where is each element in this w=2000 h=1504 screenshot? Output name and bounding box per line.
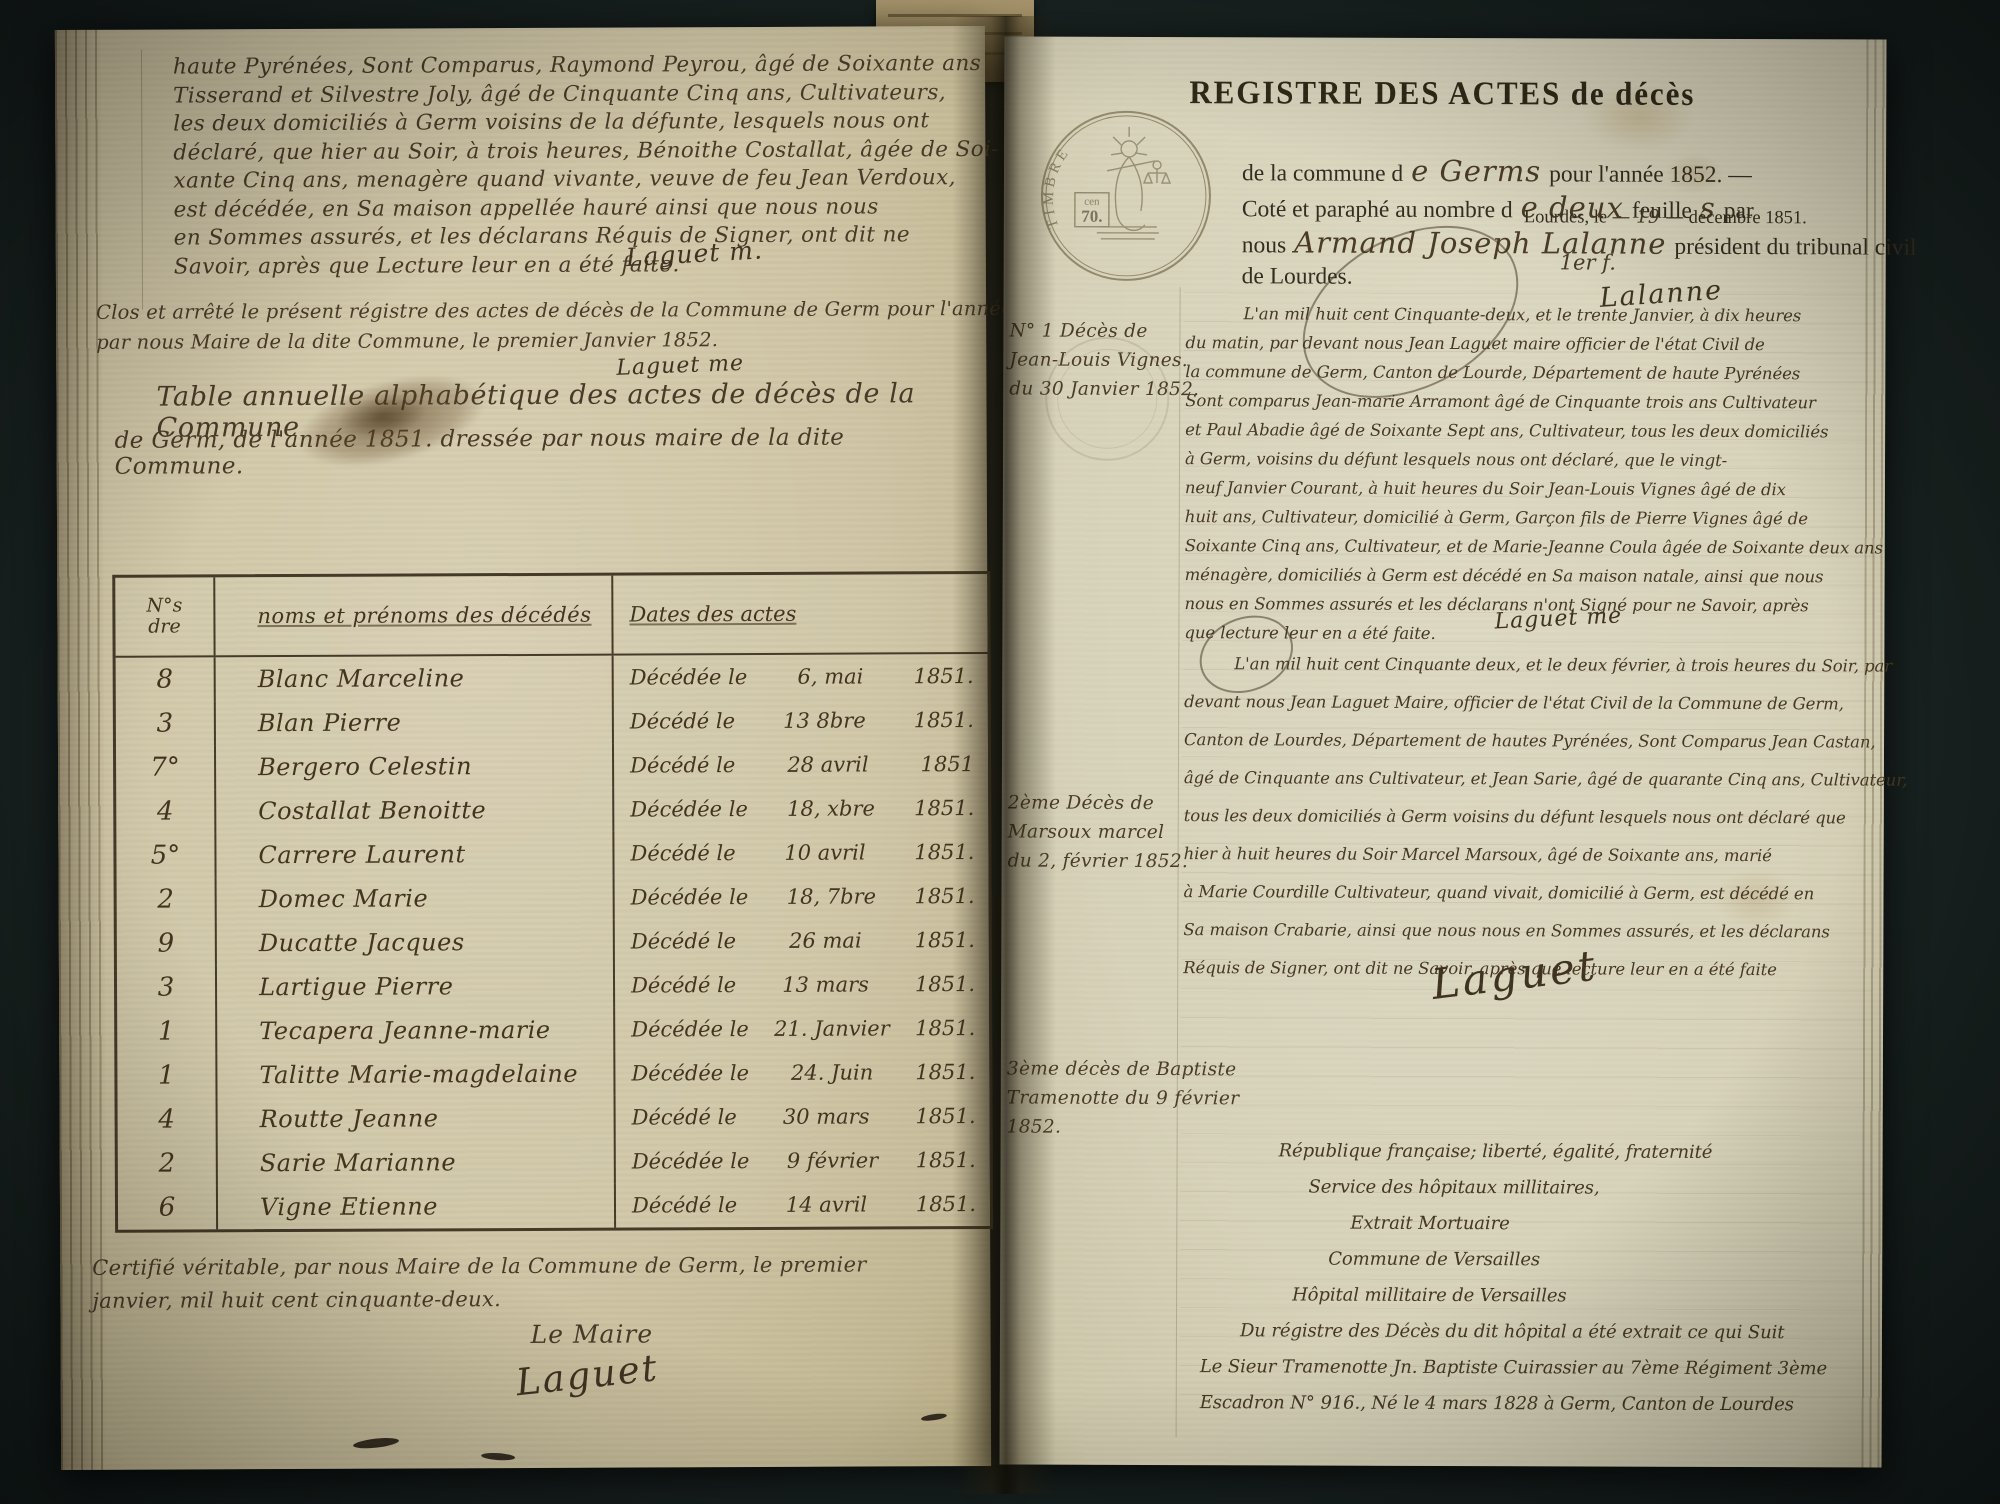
mayor-role-label: Le Maire [530,1319,653,1349]
date-part: Décédée le [632,1149,750,1174]
margin-note-act1: N° 1 Décès deJean-Louis Vignes.du 30 Jan… [1009,316,1179,404]
cell-order-number: 2 [117,877,217,921]
text-line: Le Sieur Tramenotte Jn. Baptiste Cuirass… [1200,1349,1894,1387]
date-month-label: décembre 1851. [1689,208,1807,228]
table-row: 4Costallat BenoitteDécédée le18, xbre185… [116,786,988,834]
right-page: TIMBRE cen 70. [1000,36,1887,1467]
table-row: 3Lartigue PierreDécédé le13 mars1851. [117,962,989,1010]
calligraphic-flourish [1188,602,1305,706]
text-line: Soixante Cinq ans, Cultivateur, et de Ma… [1185,531,1879,562]
margin-note-act2: 2ème Décès deMarsoux marceldu 2, février… [1008,788,1178,876]
cell-order-number: 4 [116,789,216,833]
year-label: pour l'année 1852. — [1549,161,1752,189]
president-title-label: président du tribunal civil [1674,234,1916,262]
cell-deceased-name: Bergero Celestin [216,744,614,790]
text-line: L'an mil huit cent Cinquante deux, et le… [1184,645,1878,685]
date-part: Décédée le [631,885,749,910]
cell-act-date: Décédée le18, xbre1851. [614,786,988,832]
cell-act-date: Décédé le13 8bre1851. [614,698,988,744]
text-line: par nous Maire de la dite Commune, le pr… [96,324,966,358]
text-line: Sa maison Crabarie, ainsi que nous nous … [1183,911,1877,951]
cell-deceased-name: Talitte Marie-magdelaine [217,1052,615,1098]
sheet-count-handwritten: e deux [1521,190,1624,224]
cell-order-number: 4 [118,1097,218,1141]
paper-stain [1701,859,1811,939]
svg-text:70.: 70. [1081,207,1102,226]
text-line: Savoir, après que Lecture leur en a été … [174,249,984,281]
text-line: 2ème Décès de [1008,788,1178,818]
text-line: du 30 Janvier 1852. [1009,374,1179,404]
text-line: Certifié véritable, par nous Maire de la… [92,1248,952,1285]
paper-stain [1654,147,1734,201]
date-part: 13 8bre [735,708,914,733]
table-row: 3Blan PierreDécédé le13 8bre1851. [116,698,988,746]
cell-deceased-name: Blanc Marceline [216,656,614,702]
ink-smudge [257,339,525,502]
lourdes-label: de Lourdes. [1242,263,1353,290]
text-line: devant nous Jean Laguet Maire, officier … [1184,683,1878,723]
mayor-signature: Laguet [1429,941,1600,1009]
table-row: 1Tecapera Jeanne-marieDécédée le21. Janv… [117,1006,989,1054]
table-row: 4Routte JeanneDécédé le30 mars1851. [118,1094,990,1142]
fee-note-handwritten: 1er f. [1560,250,1616,274]
text-line: Commune de Versailles [1200,1241,1894,1279]
table-row: 5°Carrere LaurentDécédé le10 avril1851. [116,830,988,878]
cell-order-number: 6 [118,1185,218,1229]
date-part: 10 avril [736,840,915,865]
svg-text:cen: cen [1084,196,1100,208]
cell-act-date: Décédée le21. Janvier1851. [615,1006,989,1052]
column-header-names: noms et prénoms des décédés [215,576,613,656]
table-row: 1Talitte Marie-magdelaineDécédée le24. J… [117,1050,989,1098]
text-line: déclaré, que hier au Soir, à trois heure… [173,135,983,167]
dated-at-line: Lourdes, le — 19 — décembre 1851. [1524,206,1807,229]
table-body: 8Blanc MarcelineDécédée le6, mai1851.3Bl… [116,654,990,1230]
text-line: Escadron N° 916., Né le 4 mars 1828 à Ge… [1200,1385,1894,1423]
cell-order-number: 9 [117,921,217,965]
text-line: Marsoux marcel [1008,817,1178,847]
column-header-number: N°s dre [115,577,215,655]
date-part: 1851. [915,1016,975,1040]
date-part: 1851. [915,928,975,952]
date-part: Décédé le [631,973,736,997]
cell-act-date: Décédé le14 avril1851. [616,1182,990,1228]
date-part: Décédé le [632,1193,737,1217]
cell-deceased-name: Ducatte Jacques [217,920,615,966]
table-title-line2: de Germ, de l'année 1851. dressée par no… [115,424,915,479]
calligraphic-flourish [1273,191,1547,433]
date-part: 9 février [749,1148,915,1173]
lourdes-line: de Lourdes. [1242,263,1882,292]
text-line: 1852. [1007,1112,1177,1142]
date-part: 1851. [916,1192,976,1216]
margin-note-act3: 3ème décès de BaptisteTramenotte du 9 fé… [1007,1054,1177,1142]
faint-round-stamp [1045,337,1169,461]
cell-deceased-name: Blan Pierre [216,700,614,746]
date-part: 26 mai [736,928,915,953]
cell-order-number: 3 [116,701,216,745]
feuille-plural-handwritten: s [1700,191,1716,225]
annual-deaths-table: N°s dre noms et prénoms des décédés Date… [112,571,993,1233]
date-part: 1851. [914,708,974,732]
table-header-row: N°s dre noms et prénoms des décédés Date… [115,574,987,658]
mayor-signature: Laguet m. [625,235,763,272]
cell-deceased-name: Tecapera Jeanne-marie [217,1008,615,1054]
table-row: 9Ducatte JacquesDécédé le26 mai1851. [117,918,989,966]
certification-statement: Certifié véritable, par nous Maire de la… [92,1248,952,1318]
date-part: 28 avril [735,752,920,777]
death-act-3-extract: République française; liberté, égalité, … [1200,1133,1895,1423]
text-line: Du régistre des Décès du dit hôpital a é… [1200,1313,1894,1351]
text-line: Tisserand et Silvestre Joly, âgé de Cinq… [173,78,983,110]
text-line: Canton de Lourdes, Département de hautes… [1184,721,1878,761]
register-closure-statement: Clos et arrêté le présent régistre des a… [96,294,966,358]
paper-stain [1564,72,1714,163]
date-place-label: Lourdes, le [1524,207,1607,227]
cell-act-date: Décédée le9 février1851. [616,1138,990,1184]
cell-act-date: Décédé le30 mars1851. [616,1094,990,1140]
text-line: âgé de Cinquante ans Cultivateur, et Jea… [1184,759,1878,799]
text-line: Sont comparus Jean-marie Arramont âgé de… [1185,386,1879,417]
date-part: 1851. [914,796,974,820]
text-line: N° 1 Décès de [1009,316,1179,346]
date-part: 18, xbre [748,796,914,821]
ink-spot [921,1412,948,1422]
cell-order-number: 1 [117,1053,217,1097]
text-line: L'an mil huit cent Cinquante-deux, et le… [1185,299,1879,330]
cell-act-date: Décédé le26 mai1851. [615,918,989,964]
date-part: 13 mars [736,972,915,997]
closing-act-paragraph: haute Pyrénées, Sont Comparus, Raymond P… [173,50,984,282]
cell-order-number: 8 [116,657,216,701]
cote-label: Coté et paraphé au nombre d [1242,196,1513,224]
date-part: Décédée le [630,665,748,690]
cell-order-number: 2 [118,1141,218,1185]
cell-act-date: Décédé le10 avril1851. [614,830,988,876]
table-row: 2Sarie MarianneDécédée le9 février1851. [118,1138,990,1186]
date-part: Décédée le [631,1061,749,1086]
commune-value-handwritten: e Germs [1411,154,1541,188]
cell-deceased-name: Lartigue Pierre [217,964,615,1010]
text-line: du 2, février 1852. [1008,846,1178,876]
date-part: Décédé le [630,841,735,865]
text-line: et Paul Abadie âgé de Soixante Sept ans,… [1185,415,1879,446]
cote-line: Coté et paraphé au nombre d e deux feuil… [1242,189,1882,225]
text-line: Extrait Mortuaire [1200,1205,1894,1243]
date-part: 6, mai [747,664,913,689]
ink-spot [353,1436,400,1450]
table-row: 7°Bergero CelestinDécédé le28 avril1851 [116,742,988,790]
date-part: 1851. [915,972,975,996]
cell-deceased-name: Vigne Etienne [218,1184,616,1230]
date-part: 1851. [915,1060,975,1084]
cell-deceased-name: Costallat Benoitte [216,788,614,834]
mayor-signature: Laguet me [616,351,745,381]
text-line: neuf Janvier Courant, à huit heures du S… [1185,473,1879,504]
ink-spot [481,1452,515,1461]
column-header-dates: Dates des actes [613,574,987,654]
date-part: 30 mars [737,1104,916,1129]
date-part: 24. Juin [749,1060,915,1085]
left-page: haute Pyrénées, Sont Comparus, Raymond P… [55,26,991,1470]
text-line: huit ans, Cultivateur, domicilié à Germ,… [1185,502,1879,533]
text-line: à Germ, voisins du défunt lesquels nous … [1185,444,1879,475]
date-day-handwritten: — 19 — [1612,207,1684,228]
date-part: 1851. [915,1104,975,1128]
par-label: par [1724,198,1754,225]
table-row: 6Vigne EtienneDécédé le14 avril1851. [118,1182,990,1230]
text-line: que lecture leur en a été faite. [1184,618,1878,649]
death-act-2-text: L'an mil huit cent Cinquante deux, et le… [1183,645,1878,989]
margin-rule [141,50,143,310]
text-line: janvier, mil huit cent cinquante-deux. [92,1281,952,1318]
president-line: nous Armand Joseph Lalanne président du … [1242,225,1882,261]
text-line: nous en Sommes assurés et les déclarans … [1184,589,1878,620]
text-line: Hôpital millitaire de Versailles [1200,1277,1894,1315]
faint-ruled-lines [1180,292,1876,1424]
commune-label: de la commune d [1242,160,1403,188]
date-part: 18, 7bre [748,884,914,909]
cell-deceased-name: Routte Jeanne [218,1096,616,1142]
cell-order-number: 5° [116,833,216,877]
date-part: Décédée le [630,797,748,822]
register-book-scan: haute Pyrénées, Sont Comparus, Raymond P… [0,0,2000,1504]
text-line: est décédée, en Sa maison appellée hauré… [174,192,984,224]
text-line: Service des hôpitaux millitaires, [1200,1169,1894,1207]
timbre-stamp-engraving: TIMBRE cen 70. [1037,107,1216,286]
date-part: Décédé le [630,709,735,733]
text-line: Jean-Louis Vignes. [1009,345,1179,375]
date-part: Décédé le [630,753,735,777]
text-line: du matin, par devant nous Jean Laguet ma… [1185,328,1879,359]
cell-act-date: Décédé le28 avril1851 [614,742,988,788]
cell-order-number: 7° [116,745,216,789]
date-part: 1851. [914,884,974,908]
cell-deceased-name: Sarie Marianne [218,1140,616,1186]
table-title-line1: Table annuelle alphabétique des actes de… [156,378,916,443]
death-act-1-text: L'an mil huit cent Cinquante-deux, et le… [1184,299,1879,649]
revenue-stamp: TIMBRE cen 70. [1037,107,1216,286]
date-part: 14 avril [737,1192,916,1217]
cell-act-date: Décédée le6, mai1851. [614,654,988,700]
register-title: REGISTRE DES ACTES de décès [1132,75,1753,114]
president-signature: Lalanne [1599,275,1724,314]
feuille-label: feuille [1632,198,1692,225]
table-row: 2Domec MarieDécédée le18, 7bre1851. [117,874,989,922]
date-part: 1851. [914,664,974,688]
text-line: Clos et arrêté le présent régistre des a… [96,294,966,328]
text-line: tous les deux domiciliés à Germ voisins … [1184,797,1878,837]
mayor-signature: Laguet me [1494,603,1623,634]
cell-order-number: 3 [117,965,217,1009]
cell-order-number: 1 [117,1009,217,1053]
svg-text:TIMBRE: TIMBRE [1041,144,1074,231]
text-line: ménagère, domiciliés à Germ est décédé e… [1185,560,1879,591]
cell-act-date: Décédée le24. Juin1851. [615,1050,989,1096]
date-part: Décédé le [631,929,736,953]
text-line: les deux domiciliés à Germ voisins de la… [173,107,983,139]
date-part: 21. Janvier [749,1016,915,1041]
text-line: à Marie Courdille Cultivateur, quand viv… [1183,873,1877,913]
cell-act-date: Décédée le18, 7bre1851. [615,874,989,920]
date-part: Décédée le [631,1017,749,1042]
text-line: 3ème décès de Baptiste [1007,1054,1177,1084]
nous-label: nous [1242,232,1287,259]
commune-line: de la commune d e Germs pour l'année 185… [1242,153,1882,189]
margin-rule [1176,287,1181,1437]
date-part: Décédé le [632,1105,737,1129]
ink-smudge [318,378,446,453]
date-part: 1851 [921,752,975,776]
cell-deceased-name: Domec Marie [217,876,615,922]
table-row: 8Blanc MarcelineDécédée le6, mai1851. [116,654,988,702]
text-line: République française; liberté, égalité, … [1201,1133,1895,1171]
president-name-handwritten: Armand Joseph Lalanne [1294,225,1666,260]
cell-act-date: Décédé le13 mars1851. [615,962,989,1008]
text-line: Tramenotte du 9 février [1007,1083,1177,1113]
text-line: xante Cinq ans, menagère quand vivante, … [173,164,983,196]
text-line: la commune de Germ, Canton de Lourde, Dé… [1185,357,1879,388]
text-line: haute Pyrénées, Sont Comparus, Raymond P… [173,50,983,82]
date-part: 1851. [914,840,974,864]
date-part: 1851. [916,1148,976,1172]
cell-deceased-name: Carrere Laurent [216,832,614,878]
text-line: hier à huit heures du Soir Marcel Marsou… [1184,835,1878,875]
text-line: Réquis de Signer, ont dit ne Savoir, apr… [1183,949,1877,989]
mayor-signature: Laguet [514,1346,661,1404]
text-line: en Sommes assurés, et les déclarans Réqu… [174,221,984,253]
